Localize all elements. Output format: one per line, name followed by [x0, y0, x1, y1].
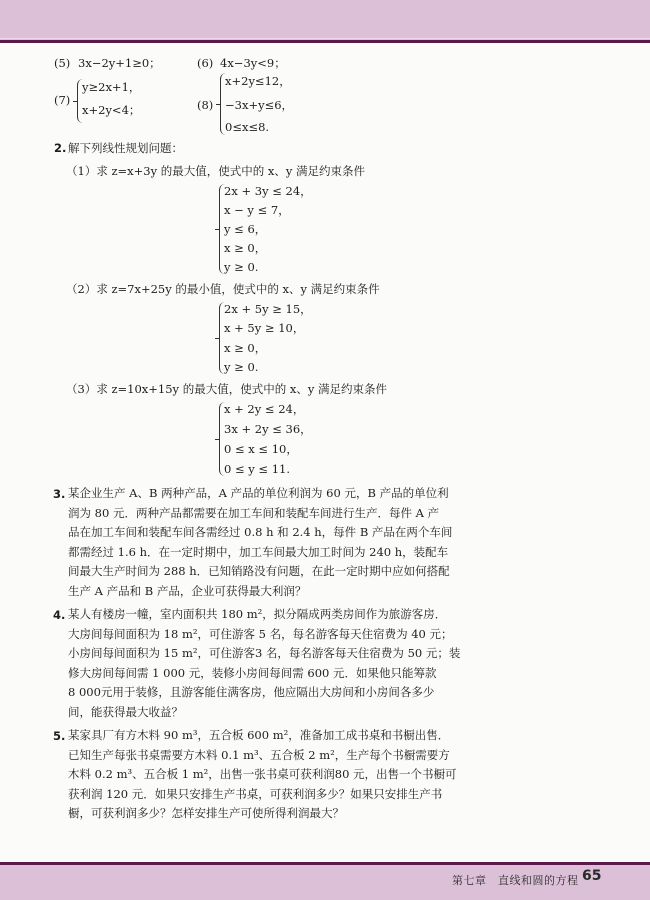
part-2-prompt: （2）求 z=7x+25y 的最小值，使式中的 x、y 满足约束条件	[66, 282, 380, 296]
part-3-constraint-3: 0 ≤ x ≤ 10，	[224, 442, 298, 456]
header-band	[0, 0, 650, 40]
part-1-constraint-5: y ≥ 0.	[224, 260, 258, 274]
exercise-2-title: 解下列线性规划问题：	[68, 141, 183, 155]
exercise-4-line: 某人有楼房一幢，室内面积共 180 m²，拟分隔成两类房间作为旅游客房．	[68, 605, 438, 625]
exercise-4-line: 8 000元用于装修，且游客能住满客房，他应隔出大房间和小房间各多少	[68, 683, 438, 703]
exercise-4-line: 大房间每间面积为 18 m²，可住游客 5 名，每名游客每天住宿费为 40 元；	[68, 625, 438, 645]
part-3-constraint-1: x + 2y ≤ 24，	[224, 402, 304, 416]
exercise-3-line: 间最大生产时间为 288 h．已知销路没有问题，在此一定时期中应如何搭配	[68, 562, 438, 582]
exercise-3-text: 某企业生产 A、B 两种产品，A 产品的单位利润为 60 元，B 产品的单位利 …	[68, 484, 438, 601]
exercise-3-number: 3.	[53, 487, 65, 501]
chapter-title: 第七章 直线和圆的方程	[452, 872, 579, 888]
item-7-line-1: y≥2x+1，	[82, 80, 140, 94]
exercise-3-line: 润为 80 元．两种产品都需要在加工车间和装配车间进行生产．每件 A 产	[68, 504, 438, 524]
exercise-5-line: 木料 0.2 m³、五合板 1 m²，出售一张书桌可获利润80 元，出售一个书橱…	[68, 765, 438, 785]
exercise-3-line: 某企业生产 A、B 两种产品，A 产品的单位利润为 60 元，B 产品的单位利	[68, 484, 438, 504]
exercise-4-number: 4.	[53, 608, 65, 622]
item-6-expression: 4x−3y<9；	[220, 56, 286, 70]
exercise-3-line: 都需经过 1.6 h．在一定时期中，加工车间最大加工时间为 240 h，装配车	[68, 543, 438, 563]
item-8-label: (8)	[197, 98, 213, 112]
item-7-line-2: x+2y<4；	[82, 103, 140, 117]
part-3-constraint-4: 0 ≤ y ≤ 11.	[224, 462, 290, 476]
exercise-5-line: 橱，可获利润多少？怎样安排生产可使所得利润最大？	[68, 804, 438, 824]
part-2-constraint-4: y ≥ 0.	[224, 360, 258, 374]
exercise-5-text: 某家具厂有方木料 90 m³，五合板 600 m²，准备加工成书桌和书橱出售． …	[68, 726, 438, 824]
item-8-line-1: x+2y≤12，	[225, 74, 291, 88]
part-2-constraint-1: 2x + 5y ≥ 15，	[224, 302, 312, 316]
header-highlight-line	[0, 38, 650, 39]
part-1-constraint-4: x ≥ 0，	[224, 241, 266, 255]
exercise-5-line: 获利润 120 元．如果只安排生产书桌，可获利润多少？如果只安排生产书	[68, 785, 438, 805]
item-7-label: (7)	[54, 93, 70, 107]
exercise-2-number: 2.	[54, 141, 66, 155]
exercise-4-line: 间，能获得最大收益？	[68, 703, 438, 723]
part-3-prompt: （3）求 z=10x+15y 的最大值，使式中的 x、y 满足约束条件	[66, 382, 387, 396]
part-1-constraint-1: 2x + 3y ≤ 24，	[224, 184, 312, 198]
page-number: 65	[582, 868, 601, 884]
item-8-line-3: 0≤x≤8.	[225, 120, 269, 134]
exercise-3-line: 生产 A 产品和 B 产品，企业可获得最大利润？	[68, 582, 438, 602]
item-5-expression: 3x−2y+1≥0；	[78, 56, 161, 70]
part-1-constraint-2: x − y ≤ 7，	[224, 203, 290, 217]
part-2-constraint-2: x + 5y ≥ 10，	[224, 321, 304, 335]
exercise-3-line: 品在加工车间和装配车间各需经过 0.8 h 和 2.4 h，每件 B 产品在两个…	[68, 523, 438, 543]
item-8-line-2: −3x+y≤6，	[225, 98, 293, 112]
part-1-constraint-3: y ≤ 6，	[224, 222, 266, 236]
exercise-5-line: 已知生产每张书桌需要方木料 0.1 m³、五合板 2 m²，生产每个书橱需要方	[68, 746, 438, 766]
exercise-5-line: 某家具厂有方木料 90 m³，五合板 600 m²，准备加工成书桌和书橱出售．	[68, 726, 438, 746]
part-3-constraint-2: 3x + 2y ≤ 36，	[224, 422, 312, 436]
part-1-prompt: （1）求 z=x+3y 的最大值，使式中的 x、y 满足约束条件	[66, 164, 365, 178]
part-2-constraint-3: x ≥ 0，	[224, 341, 266, 355]
exercise-4-line: 修大房间每间需 1 000 元，装修小房间每间需 600 元．如果他只能筹款	[68, 664, 438, 684]
exercise-4-line: 小房间每间面积为 15 m²，可住游客3 名，每名游客每天住宿费为 50 元；装	[68, 644, 438, 664]
item-6-label: (6)	[197, 56, 213, 70]
item-5-label: (5)	[54, 56, 70, 70]
exercise-5-number: 5.	[53, 729, 65, 743]
header-divider	[0, 40, 650, 43]
exercise-4-text: 某人有楼房一幢，室内面积共 180 m²，拟分隔成两类房间作为旅游客房． 大房间…	[68, 605, 438, 722]
